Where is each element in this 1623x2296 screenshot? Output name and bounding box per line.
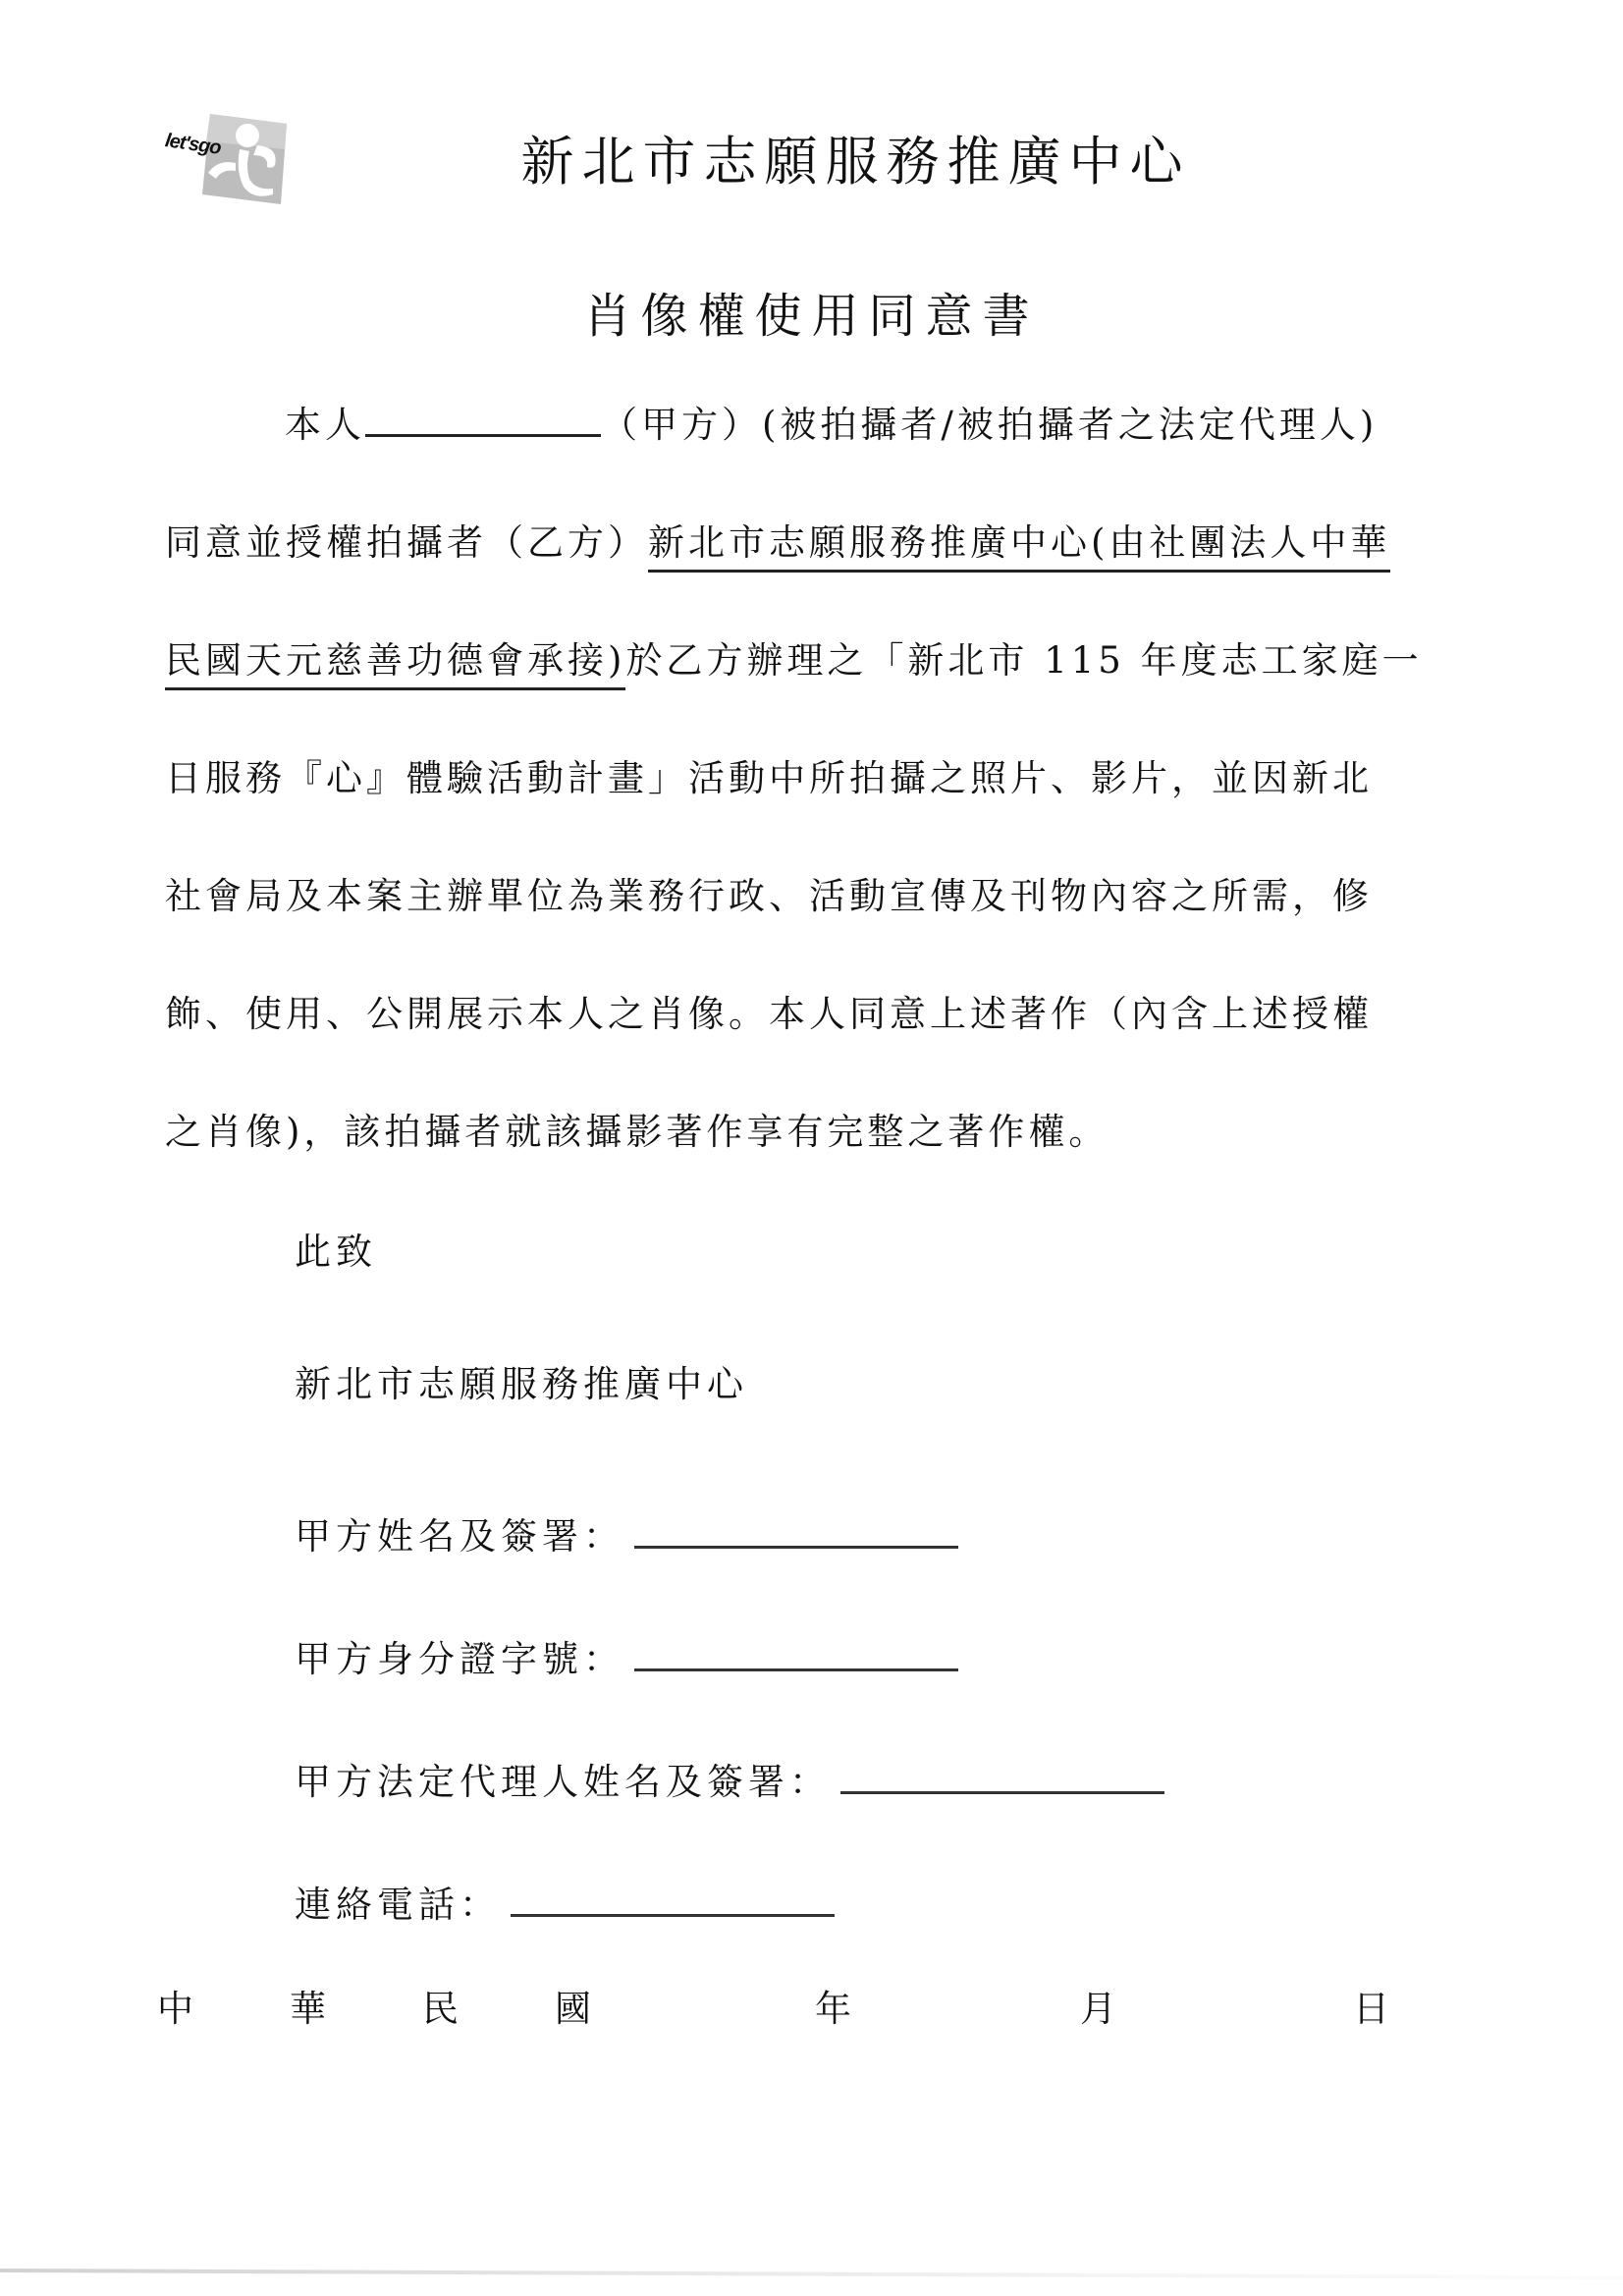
body-line-4: 日服務『心』體驗活動計畫」活動中所拍攝之照片、影片，並因新北 <box>165 754 1481 803</box>
year-input[interactable] <box>628 1979 805 2018</box>
document-title: 肖像權使用同意書 <box>0 278 1623 346</box>
organization-title: 新北市志願服務推廣中心 <box>0 120 1623 195</box>
field-party-a-name-signature: 甲方姓名及簽署： <box>295 1512 958 1561</box>
field-party-a-id-number: 甲方身分證字號： <box>295 1635 958 1684</box>
era-char-1: 中 <box>157 1979 193 2032</box>
date-row: 中 華 民 國 年 月 日 <box>0 1979 1623 2038</box>
field-legal-guardian-signature: 甲方法定代理人姓名及簽署： <box>295 1758 1164 1807</box>
era-char-2: 華 <box>290 1979 326 2032</box>
body-line-1: 本人（甲方）(被拍攝者/被拍攝者之法定代理人) <box>285 401 1600 450</box>
field-contact-phone: 連絡電話： <box>295 1881 835 1930</box>
closing-recipient: 新北市志願服務推廣中心 <box>295 1360 748 1409</box>
body-line-7: 之肖像)，該拍攝者就該攝影著作享有完整之著作權。 <box>165 1108 1481 1157</box>
month-label: 月 <box>1080 1979 1116 2032</box>
contact-phone-input[interactable] <box>511 1885 835 1917</box>
year-label: 年 <box>815 1979 851 2032</box>
scan-edge-artifact <box>0 2269 1623 2279</box>
era-char-3: 民 <box>422 1979 459 2032</box>
field-label: 甲方法定代理人姓名及簽署： <box>295 1761 831 1803</box>
consent-form-page: let'sgo 新北市志願服務推廣中心 肖像權使用同意書 本人（甲方）(被拍攝者… <box>0 0 1623 2296</box>
body-line-6: 飾、使用、公開展示本人之肖像。本人同意上述著作（內含上述授權 <box>165 990 1481 1039</box>
guardian-signature-input[interactable] <box>840 1762 1164 1794</box>
party-b-org-underlined: 新北市志願服務推廣中心(由社團法人中華 <box>648 521 1390 573</box>
field-label: 連絡電話： <box>295 1884 501 1926</box>
era-char-4: 國 <box>555 1979 591 2032</box>
party-a-role-text: （甲方）(被拍攝者/被拍攝者之法定代理人) <box>601 404 1378 446</box>
body-line-3: 民國天元慈善功德會承接)於乙方辦理之「新北市 115 年度志工家庭一 <box>165 636 1481 685</box>
body-line-2: 同意並授權拍攝者（乙方）新北市志願服務推廣中心(由社團法人中華 <box>165 519 1481 568</box>
closing-salutation: 此致 <box>295 1228 377 1277</box>
day-label: 日 <box>1353 1979 1389 2032</box>
body-line-5: 社會局及本案主辦單位為業務行政、活動宣傳及刊物內容之所需，修 <box>165 872 1481 921</box>
month-input[interactable] <box>884 1979 1060 2018</box>
field-label: 甲方姓名及簽署： <box>295 1515 624 1558</box>
field-label: 甲方身分證字號： <box>295 1638 624 1680</box>
event-text: 於乙方辦理之「新北市 115 年度志工家庭一 <box>625 639 1422 682</box>
day-input[interactable] <box>1149 1979 1335 2018</box>
self-label: 本人 <box>285 404 365 446</box>
party-a-name-blank[interactable] <box>365 424 601 437</box>
grant-text: 同意並授權拍攝者（乙方） <box>165 521 648 564</box>
party-a-id-input[interactable] <box>634 1639 958 1671</box>
party-b-org-underlined-cont: 民國天元慈善功德會承接) <box>165 639 625 690</box>
party-a-signature-input[interactable] <box>634 1516 958 1549</box>
